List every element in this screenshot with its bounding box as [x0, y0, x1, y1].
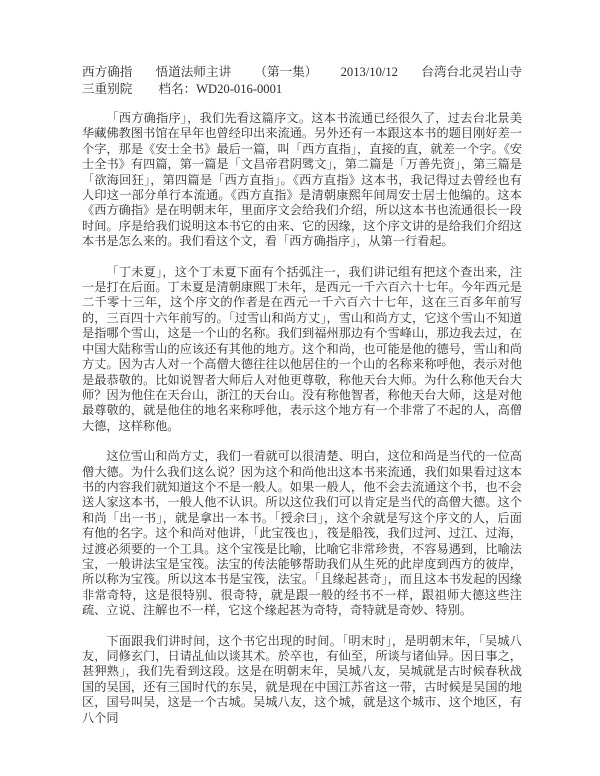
document-page: 西方确指 悟道法师主讲 （第一集） 2013/10/12 台湾台北灵岩山寺 三重…: [82, 64, 522, 726]
doc-date: 2013/10/12: [341, 64, 398, 81]
doc-file-id: 档名：WD20-016-0001: [158, 81, 282, 98]
header-line-2: 三重别院 档名：WD20-016-0001: [82, 81, 522, 98]
doc-speaker: 悟道法师主讲: [156, 64, 232, 81]
document-header: 西方确指 悟道法师主讲 （第一集） 2013/10/12 台湾台北灵岩山寺 三重…: [82, 64, 522, 98]
doc-venue: 台湾台北灵岩山寺: [421, 64, 522, 81]
document-body: 「西方确指序」，我们先看这篇序文。这本书流通已经很久了，过去台北景美华藏佛教图书…: [82, 111, 522, 726]
paragraph-4: 下面跟我们讲时间，这个书它出现的时间。「明末时」，是明朝末年，「吴城八友，同修玄…: [82, 634, 522, 726]
paragraph-1: 「西方确指序」，我们先看这篇序文。这本书流通已经很久了，过去台北景美华藏佛教图书…: [82, 111, 522, 250]
doc-episode: （第一集）: [254, 64, 317, 81]
doc-title: 西方确指: [82, 64, 132, 81]
paragraph-2: 「丁未夏」，这个丁未夏下面有个括弧注一，我们讲记组有把这个查出来，注一是打在后面…: [82, 265, 522, 434]
paragraph-3: 这位雪山和尚方丈，我们一看就可以很清楚、明白，这位和尚是当代的一位高僧大德。为什…: [82, 449, 522, 618]
doc-venue-continued: 三重别院: [82, 81, 132, 98]
header-line-1: 西方确指 悟道法师主讲 （第一集） 2013/10/12 台湾台北灵岩山寺: [82, 64, 522, 81]
